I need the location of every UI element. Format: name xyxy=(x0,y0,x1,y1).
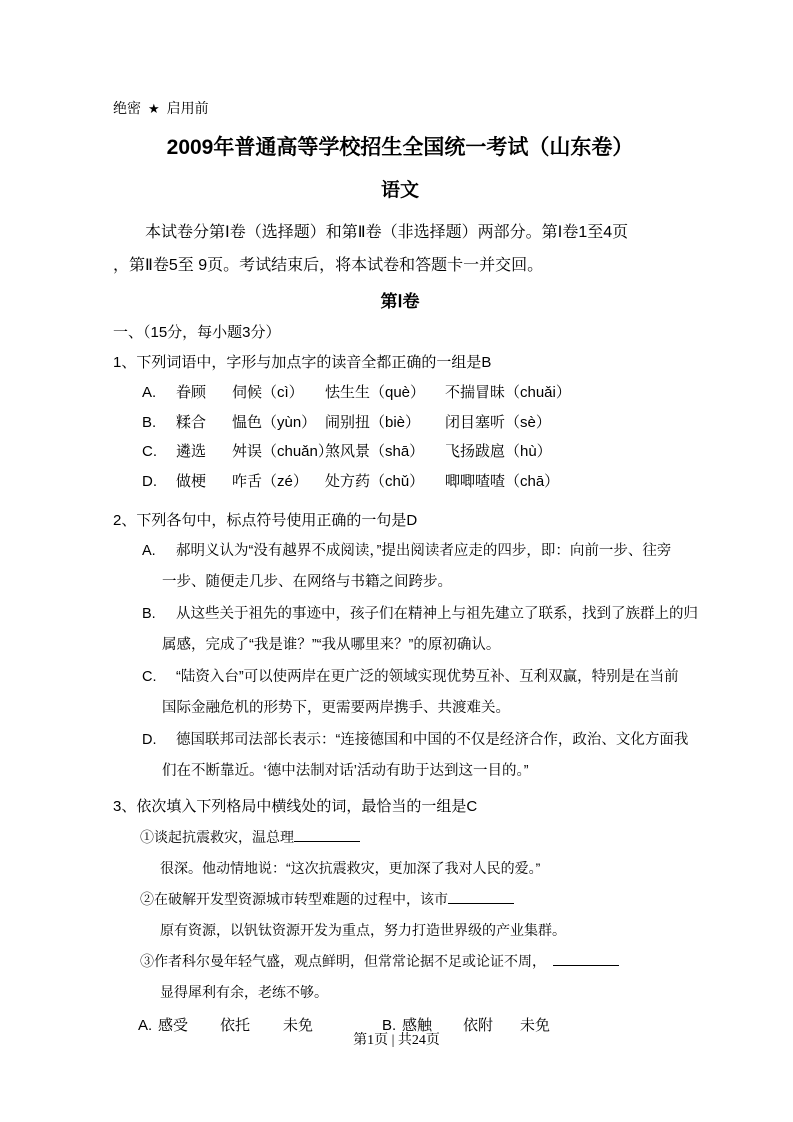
q1-option-b-word3: 闹别扭（biè） xyxy=(325,408,445,438)
page-footer: 第1页 | 共24页 xyxy=(0,1031,793,1051)
q1-option-b-word1: 糅合 xyxy=(176,408,232,438)
intro-line-1: 本试卷分第Ⅰ卷（选择题）和第Ⅱ卷（非选择题）两部分。第Ⅰ卷1至4页 xyxy=(113,216,687,249)
fill-in-blank-2 xyxy=(448,889,514,904)
secrecy-label: 绝密 xyxy=(113,100,141,116)
stage-label: 启用前 xyxy=(167,100,209,116)
q1-option-d-word4: 唧唧喳喳（chā） xyxy=(445,467,687,497)
q3-stem: 3、依次填入下列格局中横线处的词，最恰当的一组是C xyxy=(113,792,687,822)
q2-option-b-text: 从这些关于祖先的事迹中，孩子们在精神上与祖先建立了联系，找到了族群上的归 xyxy=(176,599,698,630)
q3-item-1-line2: 很深。他动情地说：“这次抗震救灾，更加深了我对人民的爱。” xyxy=(160,853,687,884)
secrecy-line: 绝密★启用前 xyxy=(113,98,687,119)
q3-item-1-line1: ①谈起抗震救灾，温总理 xyxy=(140,822,687,853)
q2-option-c-label: C. xyxy=(142,662,176,693)
star-icon: ★ xyxy=(148,101,160,116)
q1-option-d-label: D. xyxy=(142,467,176,497)
q3-item-3-text: ③作者科尔曼年轻气盛，观点鲜明，但常常论据不足或论证不周， xyxy=(140,953,546,969)
q3-item-2-line2: 原有资源，以钒钛资源开发为重点，努力打造世界级的产业集群。 xyxy=(160,915,687,946)
q3-item-3-line1: ③作者科尔曼年轻气盛，观点鲜明，但常常论据不足或论证不周， xyxy=(140,946,687,977)
q2-option-a-line1: A.郝明义认为“没有越界不成阅读，”提出阅读者应走的四步，即：向前一步、往旁 xyxy=(142,536,687,567)
document-body: 绝密★启用前 2009年普通高等学校招生全国统一考试（山东卷） 语文 本试卷分第… xyxy=(113,98,687,1041)
q2-option-a-label: A. xyxy=(142,536,176,567)
q2-option-d-line1: D.德国联邦司法部长表示：“连接德国和中国的不仅是经济合作，政治、文化方面我 xyxy=(142,725,687,756)
q1-option-a-label: A. xyxy=(142,378,176,408)
q1-option-a-word1: 眷顾 xyxy=(176,378,232,408)
exam-subject: 语文 xyxy=(113,178,687,204)
q2-option-c-text: “陆资入台”可以使两岸在更广泛的领域实现优势互补、互利双赢，特别是在当前 xyxy=(176,662,687,693)
q1-option-d-word1: 做梗 xyxy=(176,467,232,497)
q1-option-a-word3: 怯生生（què） xyxy=(325,378,445,408)
section-one-heading: 一、（15分，每小题3分） xyxy=(113,318,687,348)
part-one-heading: 第Ⅰ卷 xyxy=(113,289,687,314)
q3-item-2-line1: ②在破解开发型资源城市转型难题的过程中，该市 xyxy=(140,884,687,915)
q3-item-1: ①谈起抗震救灾，温总理 很深。他动情地说：“这次抗震救灾，更加深了我对人民的爱。… xyxy=(113,822,687,884)
q1-option-d-word3: 处方药（chǔ） xyxy=(325,467,445,497)
q2-option-c-line1: C.“陆资入台”可以使两岸在更广泛的领域实现优势互补、互利双赢，特别是在当前 xyxy=(142,662,687,693)
intro-line-2: ，第Ⅱ卷5至 9页。考试结束后，将本试卷和答题卡一并交回。 xyxy=(113,249,687,282)
q1-option-c-word4: 飞扬跋扈（hù） xyxy=(445,437,687,467)
exam-title: 2009年普通高等学校招生全国统一考试（山东卷） xyxy=(113,133,687,163)
q2-option-b-label: B. xyxy=(142,599,176,630)
q1-option-c-word2: 舛误（chuǎn） xyxy=(232,437,325,467)
q1-option-a-word2: 伺候（cì） xyxy=(232,378,325,408)
q3-item-2: ②在破解开发型资源城市转型难题的过程中，该市 原有资源，以钒钛资源开发为重点，努… xyxy=(113,884,687,946)
q1-option-a-word4: 不揣冒昧（chuǎi） xyxy=(445,378,687,408)
q2-option-d-line2: 们在不断靠近。‘德中法制对话’活动有助于达到这一目的。” xyxy=(162,756,687,787)
q3-item-2-text: ②在破解开发型资源城市转型难题的过程中，该市 xyxy=(140,891,448,907)
q3-item-1-text: ①谈起抗震救灾，温总理 xyxy=(140,829,294,845)
q2-option-d-label: D. xyxy=(142,725,176,756)
q2-option-d-text: 德国联邦司法部长表示：“连接德国和中国的不仅是经济合作，政治、文化方面我 xyxy=(176,725,688,756)
q2-option-c: C.“陆资入台”可以使两岸在更广泛的领域实现优势互补、互利双赢，特别是在当前 国… xyxy=(113,662,687,724)
q1-option-d-word2: 咋舌（zé） xyxy=(232,467,325,497)
q2-option-a: A.郝明义认为“没有越界不成阅读，”提出阅读者应走的四步，即：向前一步、往旁 一… xyxy=(113,536,687,598)
q2-option-d: D.德国联邦司法部长表示：“连接德国和中国的不仅是经济合作，政治、文化方面我 们… xyxy=(113,725,687,787)
exam-page: 绝密★启用前 2009年普通高等学校招生全国统一考试（山东卷） 语文 本试卷分第… xyxy=(0,0,793,1122)
q2-option-b: B.从这些关于祖先的事迹中，孩子们在精神上与祖先建立了联系，找到了族群上的归 属… xyxy=(113,599,687,661)
q3-item-3: ③作者科尔曼年轻气盛，观点鲜明，但常常论据不足或论证不周， 显得犀利有余，老练不… xyxy=(113,946,687,1008)
q2-stem: 2、下列各句中，标点符号使用正确的一句是D xyxy=(113,506,687,536)
fill-in-blank-3 xyxy=(553,951,619,966)
q1-option-c-word1: 遴选 xyxy=(176,437,232,467)
q1-option-b-word4: 闭目塞听（sè） xyxy=(445,408,687,438)
q2-option-a-text: 郝明义认为“没有越界不成阅读，”提出阅读者应走的四步，即：向前一步、往旁 xyxy=(176,536,687,567)
q3-item-3-line2: 显得犀利有余，老练不够。 xyxy=(160,977,687,1008)
q2-option-b-line2: 属感，完成了“我是谁？”“我从哪里来？”的原初确认。 xyxy=(162,630,687,661)
q2-option-b-line1: B.从这些关于祖先的事迹中，孩子们在精神上与祖先建立了联系，找到了族群上的归 xyxy=(142,599,687,630)
q1-option-c-label: C. xyxy=(142,437,176,467)
q1-options-table: A.眷顾伺候（cì）怯生生（què）不揣冒昧（chuǎi） B.糅合愠色（yùn… xyxy=(142,378,687,496)
fill-in-blank-1 xyxy=(294,827,360,842)
q2-option-a-line2: 一步、随便走几步、在网络与书籍之间跨步。 xyxy=(162,567,687,598)
q1-option-b-word2: 愠色（yùn） xyxy=(232,408,325,438)
q1-stem: 1、下列词语中，字形与加点字的读音全都正确的一组是B xyxy=(113,348,687,378)
q1-option-c-word3: 煞风景（shā） xyxy=(325,437,445,467)
q2-option-c-line2: 国际金融危机的形势下，更需要两岸携手、共渡难关。 xyxy=(162,693,687,724)
q1-option-b-label: B. xyxy=(142,408,176,438)
